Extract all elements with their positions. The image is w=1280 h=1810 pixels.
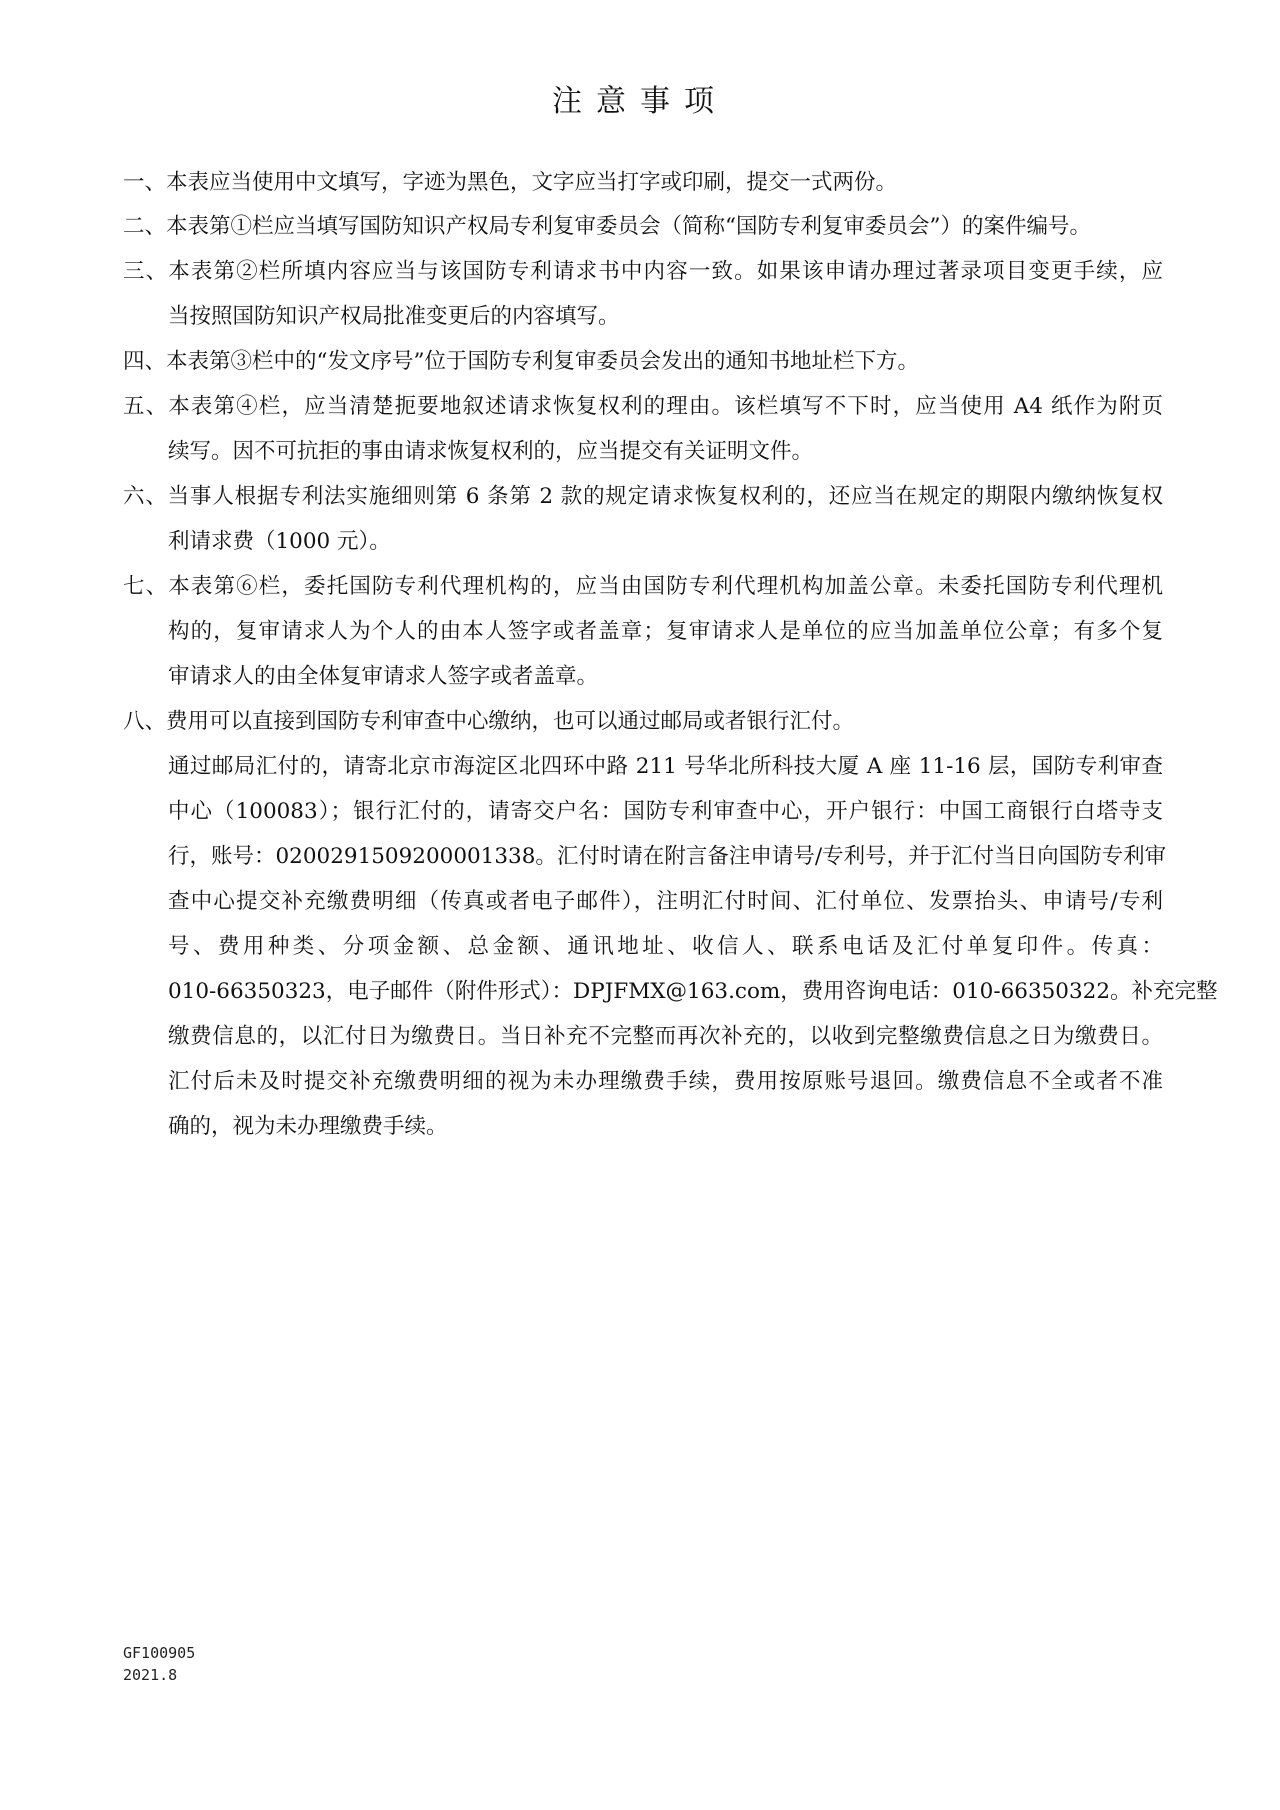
notice-item-line: 四、本表第③栏中的“发文序号”位于国防专利复审委员会发出的通知书地址栏下方。 [123,347,1163,377]
notice-continuation-line: 利请求费（1000 元）。 [168,527,1163,557]
notice-continuation-line: 号、费用种类、分项金额、总金额、通讯地址、收信人、联系电话及汇付单复印件。传真： [168,932,1163,962]
notice-item-line: 一、本表应当使用中文填写，字迹为黑色，文字应当打字或印刷，提交一式两份。 [123,168,1163,198]
notice-continuation-line: 审请求人的由全体复审请求人签字或者盖章。 [168,662,1163,692]
notice-item-line: 七、本表第⑥栏，委托国防专利代理机构的，应当由国防专利代理机构加盖公章。未委托国… [123,572,1163,602]
notice-item-line: 三、本表第②栏所填内容应当与该国防专利请求书中内容一致。如果该申请办理过著录项目… [123,257,1163,287]
page-title: 注意事项 [0,76,1280,120]
notice-continuation-line: 构的，复审请求人为个人的由本人签字或者盖章；复审请求人是单位的应当加盖单位公章；… [168,617,1163,647]
notice-continuation-line: 行，账号：0200291509200001338。汇付时请在附言备注申请号/专利… [168,842,1163,872]
form-code: GF100905 [123,1643,195,1664]
notice-item-line: 八、费用可以直接到国防专利审查中心缴纳，也可以通过邮局或者银行汇付。 [123,707,1163,737]
notice-continuation-line: 汇付后未及时提交补充缴费明细的视为未办理缴费手续，费用按原账号退回。缴费信息不全… [168,1067,1163,1097]
notice-continuation-line: 查中心提交补充缴费明细（传真或者电子邮件），注明汇付时间、汇付单位、发票抬头、申… [168,887,1163,917]
notice-continuation-line: 续写。因不可抗拒的事由请求恢复权利的，应当提交有关证明文件。 [168,437,1163,467]
version-date: 2021.8 [123,1665,177,1686]
notice-continuation-line: 中心（100083）；银行汇付的，请寄交户名：国防专利审查中心，开户银行：中国工… [168,797,1163,827]
notice-continuation-line: 当按照国防知识产权局批准变更后的内容填写。 [168,302,1163,332]
notice-item-line: 六、当事人根据专利法实施细则第 6 条第 2 款的规定请求恢复权利的，还应当在规… [123,482,1163,512]
notice-continuation-line: 确的，视为未办理缴费手续。 [168,1112,1163,1142]
notice-continuation-line: 通过邮局汇付的，请寄北京市海淀区北四环中路 211 号华北所科技大厦 A 座 1… [168,752,1163,782]
notice-continuation-line: 缴费信息的，以汇付日为缴费日。当日补充不完整而再次补充的，以收到完整缴费信息之日… [168,1022,1163,1052]
notice-item-line: 五、本表第④栏，应当清楚扼要地叙述请求恢复权利的理由。该栏填写不下时，应当使用 … [123,392,1163,422]
notice-continuation-line: 010-66350323，电子邮件（附件形式）：DPJFMX@163.com，费… [168,977,1163,1007]
notice-item-line: 二、本表第①栏应当填写国防知识产权局专利复审委员会（简称“国防专利复审委员会”）… [123,212,1163,242]
